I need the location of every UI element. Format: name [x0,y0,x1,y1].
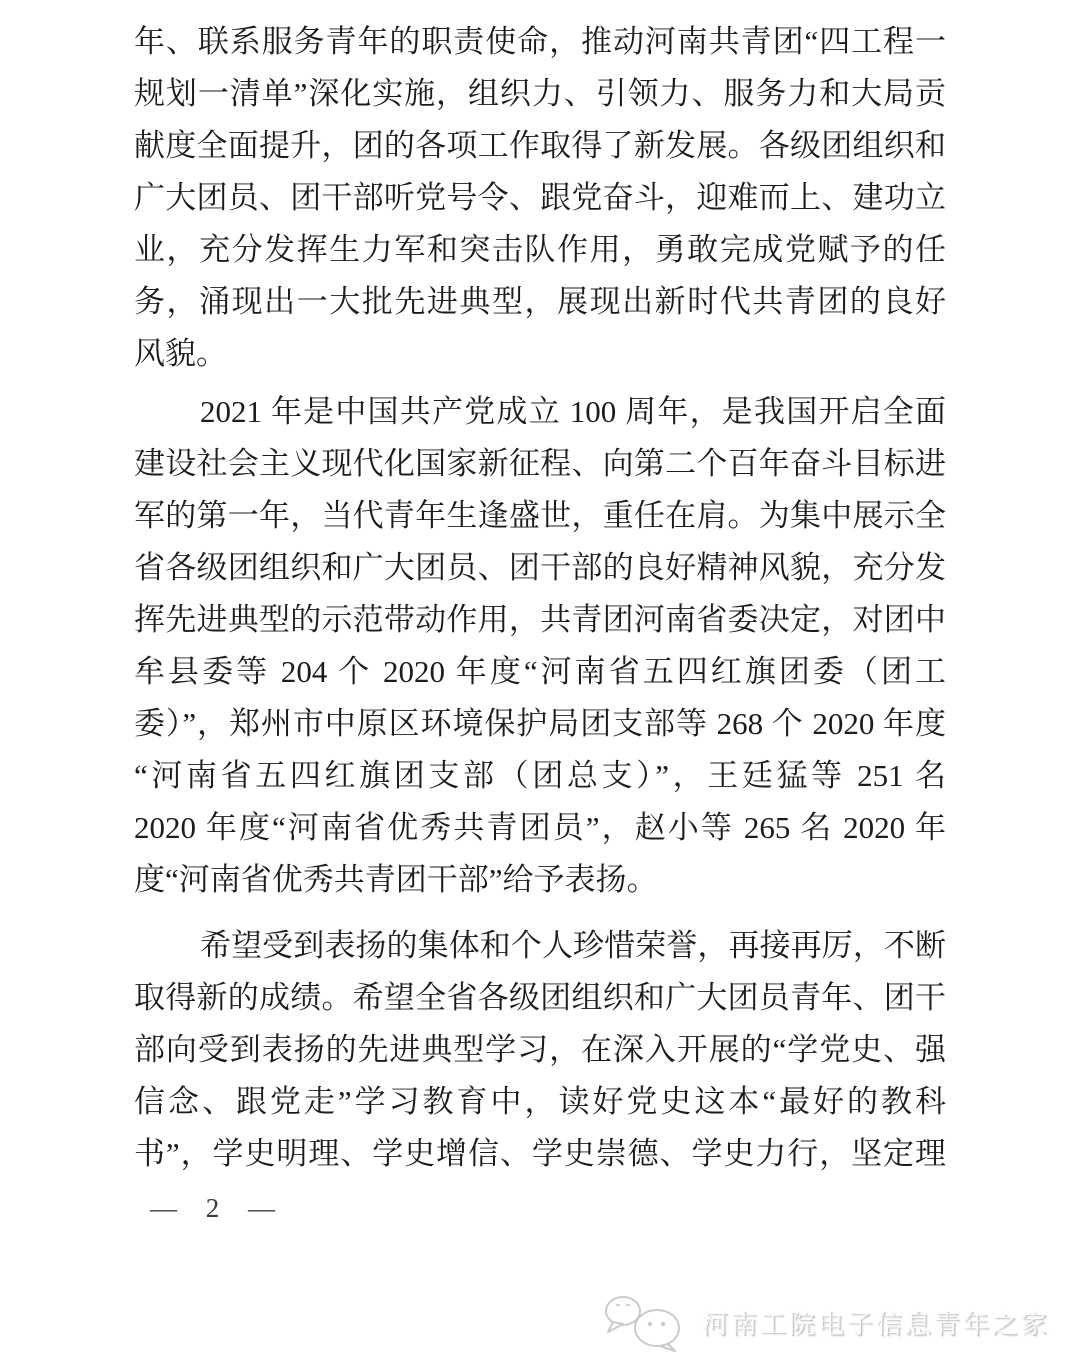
watermark-label: 河南工院电子信息青年之家 [702,1304,1050,1341]
doc-line: 2020 年度“河南省优秀共青团员”，赵小等 265 名 2020 年 [134,802,946,854]
doc-line: 年、联系服务青年的职责使命，推动河南共青团“四工程一 [134,16,946,68]
page-number: — 2 — [150,1186,277,1230]
doc-line: 风貌。 [134,328,946,380]
watermark: 河南工院电子信息青年之家 [600,1292,1050,1352]
doc-line: 书”，学史明理、学史增信、学史崇德、学史力行，坚定理 [134,1128,946,1180]
document-body: 年、联系服务青年的职责使命，推动河南共青团“四工程一 规划一清单”深化实施，组织… [134,0,946,1180]
doc-line: 军的第一年，当代青年生逢盛世，重任在肩。为集中展示全 [134,490,946,542]
doc-line: 规划一清单”深化实施，组织力、引领力、服务力和大局贡 [134,68,946,120]
doc-line: 委）”，郑州市中原区环境保护局团支部等 268 个 2020 年度 [134,698,946,750]
paragraph-1: 年、联系服务青年的职责使命，推动河南共青团“四工程一 规划一清单”深化实施，组织… [134,16,946,380]
doc-line: 献度全面提升，团的各项工作取得了新发展。各级团组织和 [134,120,946,172]
doc-line: 务，涌现出一大批先进典型，展现出新时代共青团的良好 [134,276,946,328]
doc-line: “河南省五四红旗团支部（团总支）”，王廷猛等 251 名 [134,750,946,802]
document-page: 年、联系服务青年的职责使命，推动河南共青团“四工程一 规划一清单”深化实施，组织… [0,0,1080,1362]
doc-line: 2021 年是中国共产党成立 100 周年，是我国开启全面 [134,386,946,438]
doc-line: 广大团员、团干部听党号令、跟党奋斗，迎难而上、建功立 [134,172,946,224]
paragraph-2: 2021 年是中国共产党成立 100 周年，是我国开启全面 建设社会主义现代化国… [134,386,946,906]
doc-line: 度“河南省优秀共青团干部”给予表扬。 [134,854,946,906]
doc-line: 建设社会主义现代化国家新征程、向第二个百年奋斗目标进 [134,438,946,490]
doc-line: 挥先进典型的示范带动作用，共青团河南省委决定，对团中 [134,594,946,646]
doc-line: 业，充分发挥生力军和突击队作用，勇敢完成党赋予的任 [134,224,946,276]
wechat-icon [600,1292,692,1352]
doc-line: 信念、跟党走”学习教育中，读好党史这本“最好的教科 [134,1076,946,1128]
doc-line: 希望受到表扬的集体和个人珍惜荣誉，再接再厉，不断 [134,920,946,972]
doc-line: 牟县委等 204 个 2020 年度“河南省五四红旗团委（团工 [134,646,946,698]
paragraph-3: 希望受到表扬的集体和个人珍惜荣誉，再接再厉，不断 取得新的成绩。希望全省各级团组… [134,920,946,1180]
doc-line: 取得新的成绩。希望全省各级团组织和广大团员青年、团干 [134,972,946,1024]
doc-line: 部向受到表扬的先进典型学习，在深入开展的“学党史、强 [134,1024,946,1076]
doc-line: 省各级团组织和广大团员、团干部的良好精神风貌，充分发 [134,542,946,594]
